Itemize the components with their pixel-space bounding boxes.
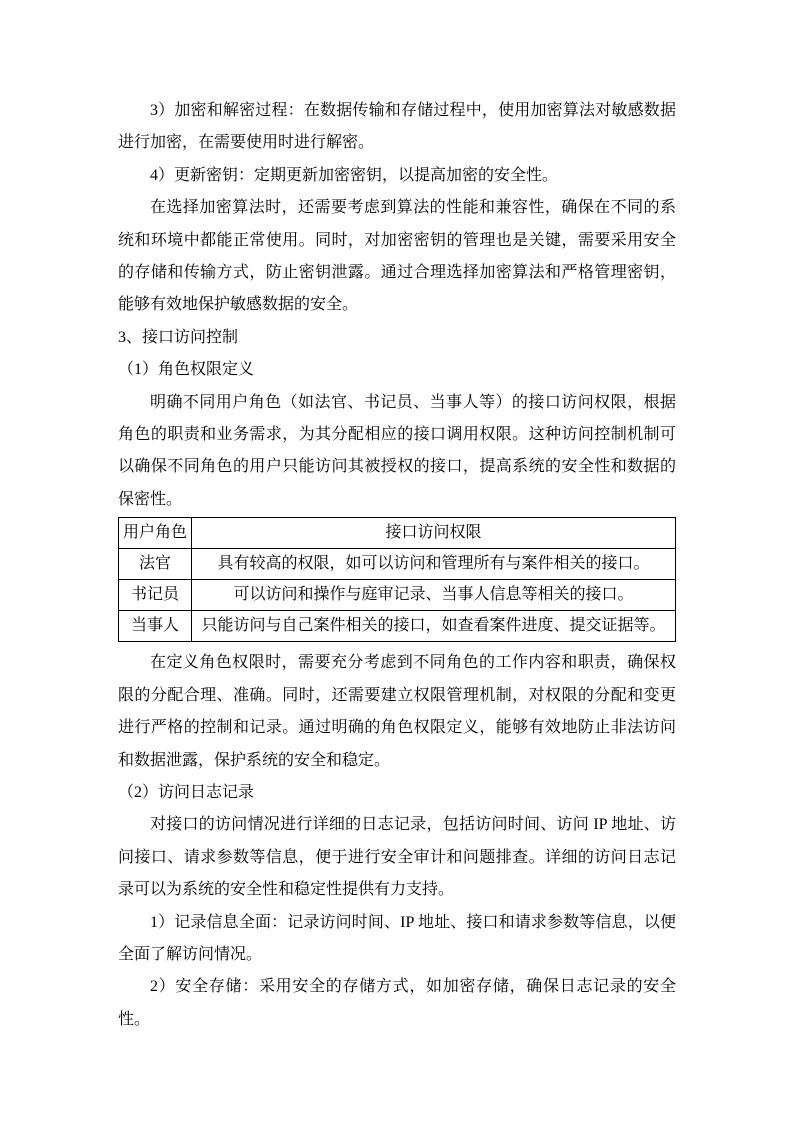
table-row-clerk: 书记员 可以访问和操作与庭审记录、当事人信息等相关的接口。 [119, 580, 676, 611]
paragraph-log-completeness: 1）记录信息全面：记录访问时间、IP 地址、接口和请求参数等信息，以便全面了解访… [118, 907, 676, 972]
table-header-row: 用户角色 接口访问权限 [119, 518, 676, 549]
role-cell: 法官 [119, 549, 192, 580]
table-header-permission: 接口访问权限 [192, 518, 676, 549]
table-header-role: 用户角色 [119, 518, 192, 549]
subsection-heading-access-log: （2）访问日志记录 [118, 777, 676, 809]
document-page: 3）加密和解密过程：在数据传输和存储过程中，使用加密算法对敏感数据进行加密，在需… [0, 0, 793, 1122]
permission-cell: 具有较高的权限，如可以访问和管理所有与案件相关的接口。 [192, 549, 676, 580]
permission-cell: 只能访问与自己案件相关的接口，如查看案件进度、提交证据等。 [192, 611, 676, 642]
paragraph-encryption-process: 3）加密和解密过程：在数据传输和存储过程中，使用加密算法对敏感数据进行加密，在需… [118, 95, 676, 160]
role-cell: 书记员 [119, 580, 192, 611]
table-row-judge: 法官 具有较高的权限，如可以访问和管理所有与案件相关的接口。 [119, 549, 676, 580]
permission-cell: 可以访问和操作与庭审记录、当事人信息等相关的接口。 [192, 580, 676, 611]
subsection-heading-role-permission: （1）角色权限定义 [118, 354, 676, 386]
table-row-party: 当事人 只能访问与自己案件相关的接口，如查看案件进度、提交证据等。 [119, 611, 676, 642]
paragraph-key-update: 4）更新密钥：定期更新加密密钥，以提高加密的安全性。 [118, 160, 676, 192]
role-cell: 当事人 [119, 611, 192, 642]
paragraph-log-recording: 对接口的访问情况进行详细的日志记录，包括访问时间、访问 IP 地址、访问接口、请… [118, 809, 676, 906]
section-heading-access-control: 3、接口访问控制 [118, 322, 676, 354]
paragraph-role-definition: 明确不同用户角色（如法官、书记员、当事人等）的接口访问权限，根据角色的职责和业务… [118, 387, 676, 517]
paragraph-algorithm-selection: 在选择加密算法时，还需要考虑到算法的性能和兼容性，确保在不同的系统和环境中都能正… [118, 192, 676, 322]
paragraph-secure-storage: 2）安全存储：采用安全的存储方式，如加密存储，确保日志记录的安全性。 [118, 971, 676, 1036]
paragraph-permission-management: 在定义角色权限时，需要充分考虑到不同角色的工作内容和职责，确保权限的分配合理、准… [118, 647, 676, 777]
role-permissions-table: 用户角色 接口访问权限 法官 具有较高的权限，如可以访问和管理所有与案件相关的接… [118, 517, 676, 642]
